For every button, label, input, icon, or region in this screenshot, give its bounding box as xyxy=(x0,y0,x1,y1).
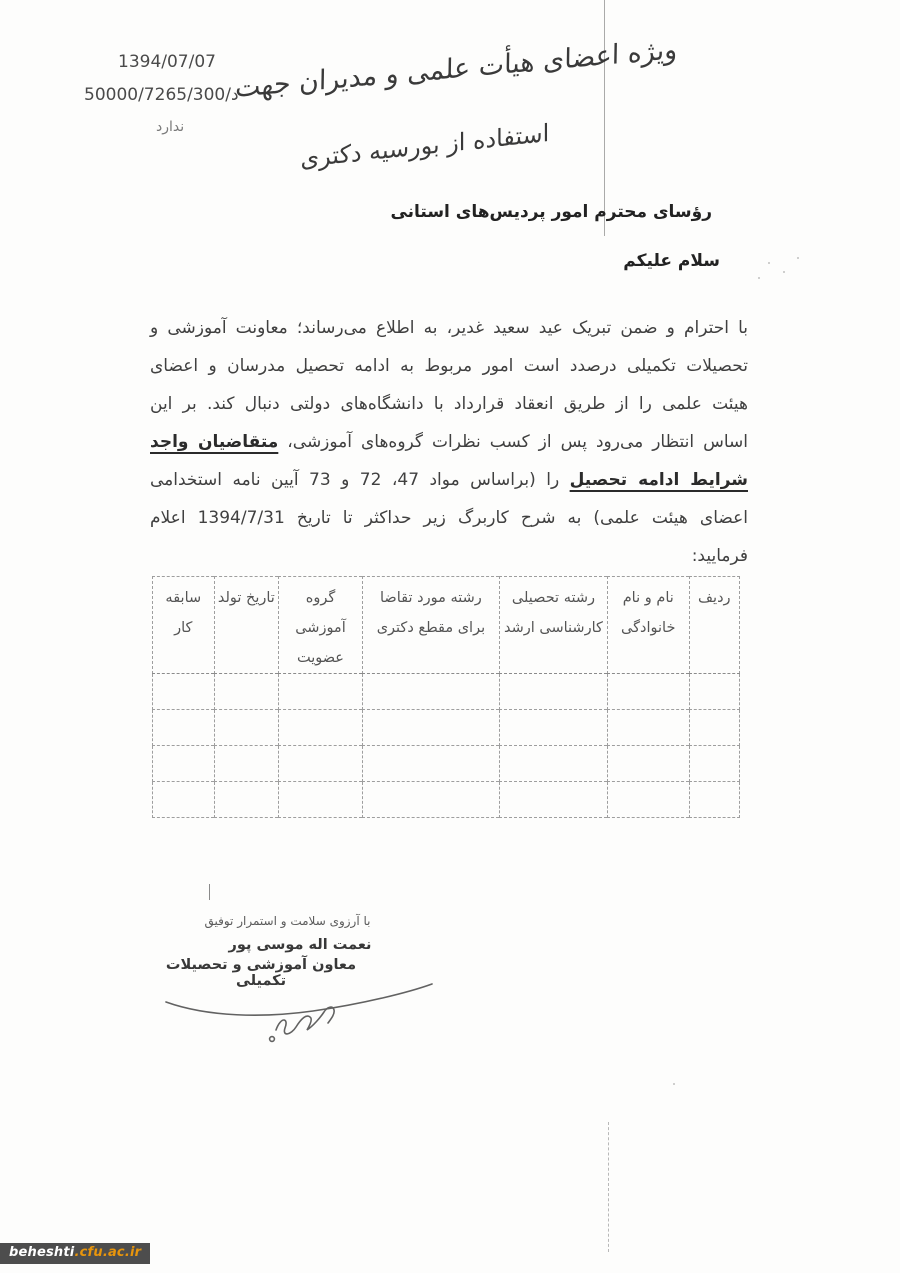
table-cell-empty xyxy=(214,674,279,710)
table-cell-empty xyxy=(499,674,607,710)
salutation-line: سلام علیکم xyxy=(623,251,720,271)
recipient-line: رؤسای محترم امور پردیس‌های استانی xyxy=(390,202,712,222)
letter-date: 1394/07/07 xyxy=(118,52,216,72)
signatory-name: نعمت اله موسی پور xyxy=(225,937,375,953)
table-cell-empty xyxy=(214,782,279,818)
table-cell-empty xyxy=(153,782,215,818)
scan-fold-line-bottom xyxy=(608,1122,609,1252)
handwritten-note-line1: ویژه اعضای هیأت علمی و مدیران جهت xyxy=(269,34,678,101)
table-row xyxy=(153,746,740,782)
table-row xyxy=(153,674,740,710)
handwritten-note-line2: استفاده از بورسیه دکتری xyxy=(301,119,550,173)
table-cell-empty xyxy=(279,710,363,746)
table-header-row-number: ردیف xyxy=(689,577,739,674)
table-cell-empty xyxy=(153,674,215,710)
table-cell-empty xyxy=(689,674,739,710)
table-cell-empty xyxy=(279,674,363,710)
table-cell-empty xyxy=(499,710,607,746)
scan-mark xyxy=(209,884,210,900)
site-watermark: beheshti.cfu.ac.ir xyxy=(0,1243,150,1264)
table-cell-empty xyxy=(607,674,689,710)
table-header-row: ردیف نام و نام خانوادگی رشته تحصیلی کارش… xyxy=(153,577,740,674)
table-cell-empty xyxy=(362,710,499,746)
signature-wish-line: با آرزوی سلامت و استمرار توفیق xyxy=(185,914,390,928)
scan-speckle xyxy=(758,277,760,279)
table-header-fullname: نام و نام خانوادگی xyxy=(607,577,689,674)
table-cell-empty xyxy=(607,710,689,746)
letter-ref-number: د/50000/7265/300 xyxy=(84,85,239,105)
table-cell-empty xyxy=(362,674,499,710)
table-cell-empty xyxy=(214,746,279,782)
table-header-work-experience: سابقه کار xyxy=(153,577,215,674)
table-header-masters-field: رشته تحصیلی کارشناسی ارشد xyxy=(499,577,607,674)
scan-speckle xyxy=(768,262,770,264)
table-header-department: گروه آموزشی عضویت xyxy=(279,577,363,674)
signature-scribble xyxy=(158,968,448,1053)
table-cell-empty xyxy=(607,746,689,782)
table-cell-empty xyxy=(279,782,363,818)
table-cell-empty xyxy=(279,746,363,782)
table-header-birthdate: تاریخ تولد xyxy=(214,577,279,674)
scan-speckle xyxy=(673,1083,675,1085)
table-cell-empty xyxy=(153,710,215,746)
table-cell-empty xyxy=(499,782,607,818)
body-paragraph: با احترام و ضمن تبریک عید سعید غدیر، به … xyxy=(150,309,748,575)
table-cell-empty xyxy=(689,710,739,746)
table-cell-empty xyxy=(607,782,689,818)
table-cell-empty xyxy=(689,746,739,782)
table-cell-empty xyxy=(362,746,499,782)
scan-fold-line-top xyxy=(604,0,605,236)
table-cell-empty xyxy=(499,746,607,782)
table-row xyxy=(153,782,740,818)
table-row xyxy=(153,710,740,746)
letter-attachment-value: ندارد xyxy=(156,119,184,135)
scan-speckle xyxy=(797,257,799,259)
applicants-form-table: ردیف نام و نام خانوادگی رشته تحصیلی کارش… xyxy=(152,576,740,818)
site-watermark-suffix: .cfu.ac.ir xyxy=(74,1245,141,1260)
table-header-phd-field: رشته مورد تقاضا برای مقطع دکتری xyxy=(362,577,499,674)
site-watermark-prefix: beheshti xyxy=(9,1245,74,1260)
table-cell-empty xyxy=(689,782,739,818)
table-cell-empty xyxy=(153,746,215,782)
table-cell-empty xyxy=(362,782,499,818)
table-cell-empty xyxy=(214,710,279,746)
scanned-letter-page: 1394/07/07 د/50000/7265/300 ندارد ویژه ا… xyxy=(0,0,900,1273)
scan-speckle xyxy=(783,271,785,273)
